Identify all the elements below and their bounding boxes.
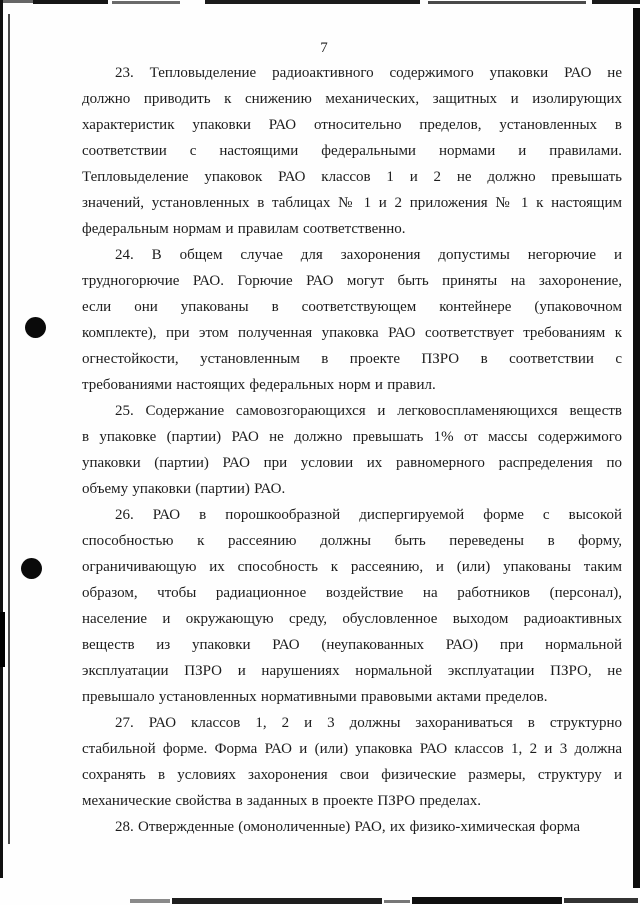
scan-border-left-blob [0,612,5,667]
text-line: если они упакованы в соответствующем кон… [82,294,622,320]
text-line: федеральным нормам и правилам соответств… [82,216,622,242]
scan-edge-top-segment [592,0,640,4]
text-line: механические свойства в заданных в проек… [82,788,622,814]
scan-edge-top-segment [33,0,108,4]
text-line: требованиями настоящих федеральных норм … [82,372,622,398]
text-line: соответствии с настоящими федеральными н… [82,138,622,164]
text-line: 26. РАО в порошкообразной диспергируемой… [82,502,622,528]
text-line: Тепловыделение упаковок РАО классов 1 и … [82,164,622,190]
text-line: комплекте), при этом полученная упаковка… [82,320,622,346]
scan-border-right [633,8,640,888]
text-line: 27. РАО классов 1, 2 и 3 должны захорани… [82,710,622,736]
text-line: сохранять в условиях захоронения свои фи… [82,762,622,788]
text-line: превышало установленных нормативными пра… [82,684,622,710]
text-line: 23. Тепловыделение радиоактивного содерж… [82,60,622,86]
scan-edge-top-segment [428,1,586,4]
text-line: 25. Содержание самовозгорающихся и легко… [82,398,622,424]
text-line: должно приводить к снижению механических… [82,86,622,112]
text-line: образом, чтобы радиационное воздействие … [82,580,622,606]
text-line: эксплуатации ПЗРО и нарушениях нормально… [82,658,622,684]
punch-hole-mark [25,317,46,338]
text-line: способностью к рассеянию должны быть пер… [82,528,622,554]
text-line: упаковки (партии) РАО при условии их рав… [82,450,622,476]
page-number: 7 [82,36,566,60]
text-line: ограничивающую их способность к рассеяни… [82,554,622,580]
scan-edge-bottom-segment [412,897,562,904]
text-line: 28. Отвержденные (омоноличенные) РАО, их… [82,814,622,840]
scan-edge-bottom-segment [564,898,638,903]
text-line: характеристик упаковки РАО относительно … [82,112,622,138]
scanned-document-page: 7 23. Тепловыделение радиоактивного соде… [0,0,640,905]
scan-edge-top-segment [0,0,33,3]
text-line: в упаковке (партии) РАО не должно превыш… [82,424,622,450]
scan-edge-top-segment [205,0,420,4]
scan-border-left [0,0,3,878]
scan-edge-bottom-segment [384,900,410,903]
scan-edge-top-segment [112,1,180,4]
text-line: веществ из упаковки РАО (неупакованных Р… [82,632,622,658]
text-line: значений, установленных в таблицах № 1 и… [82,190,622,216]
scan-edge-bottom-segment [172,898,382,904]
page-content: 7 23. Тепловыделение радиоактивного соде… [82,36,622,840]
text-line: огнестойкости, установленным в проекте П… [82,346,622,372]
text-line: население и окружающую среду, обусловлен… [82,606,622,632]
scan-edge-bottom-segment [130,899,170,903]
text-line: трудногорючие РАО. Горючие РАО могут быт… [82,268,622,294]
paragraphs-container: 23. Тепловыделение радиоактивного содерж… [82,60,622,840]
page-frame-line [8,14,10,844]
text-line: объему упаковки (партии) РАО. [82,476,622,502]
text-line: 24. В общем случае для захоронения допус… [82,242,622,268]
punch-hole-mark [21,558,42,579]
text-line: стабильной форме. Форма РАО и (или) упак… [82,736,622,762]
